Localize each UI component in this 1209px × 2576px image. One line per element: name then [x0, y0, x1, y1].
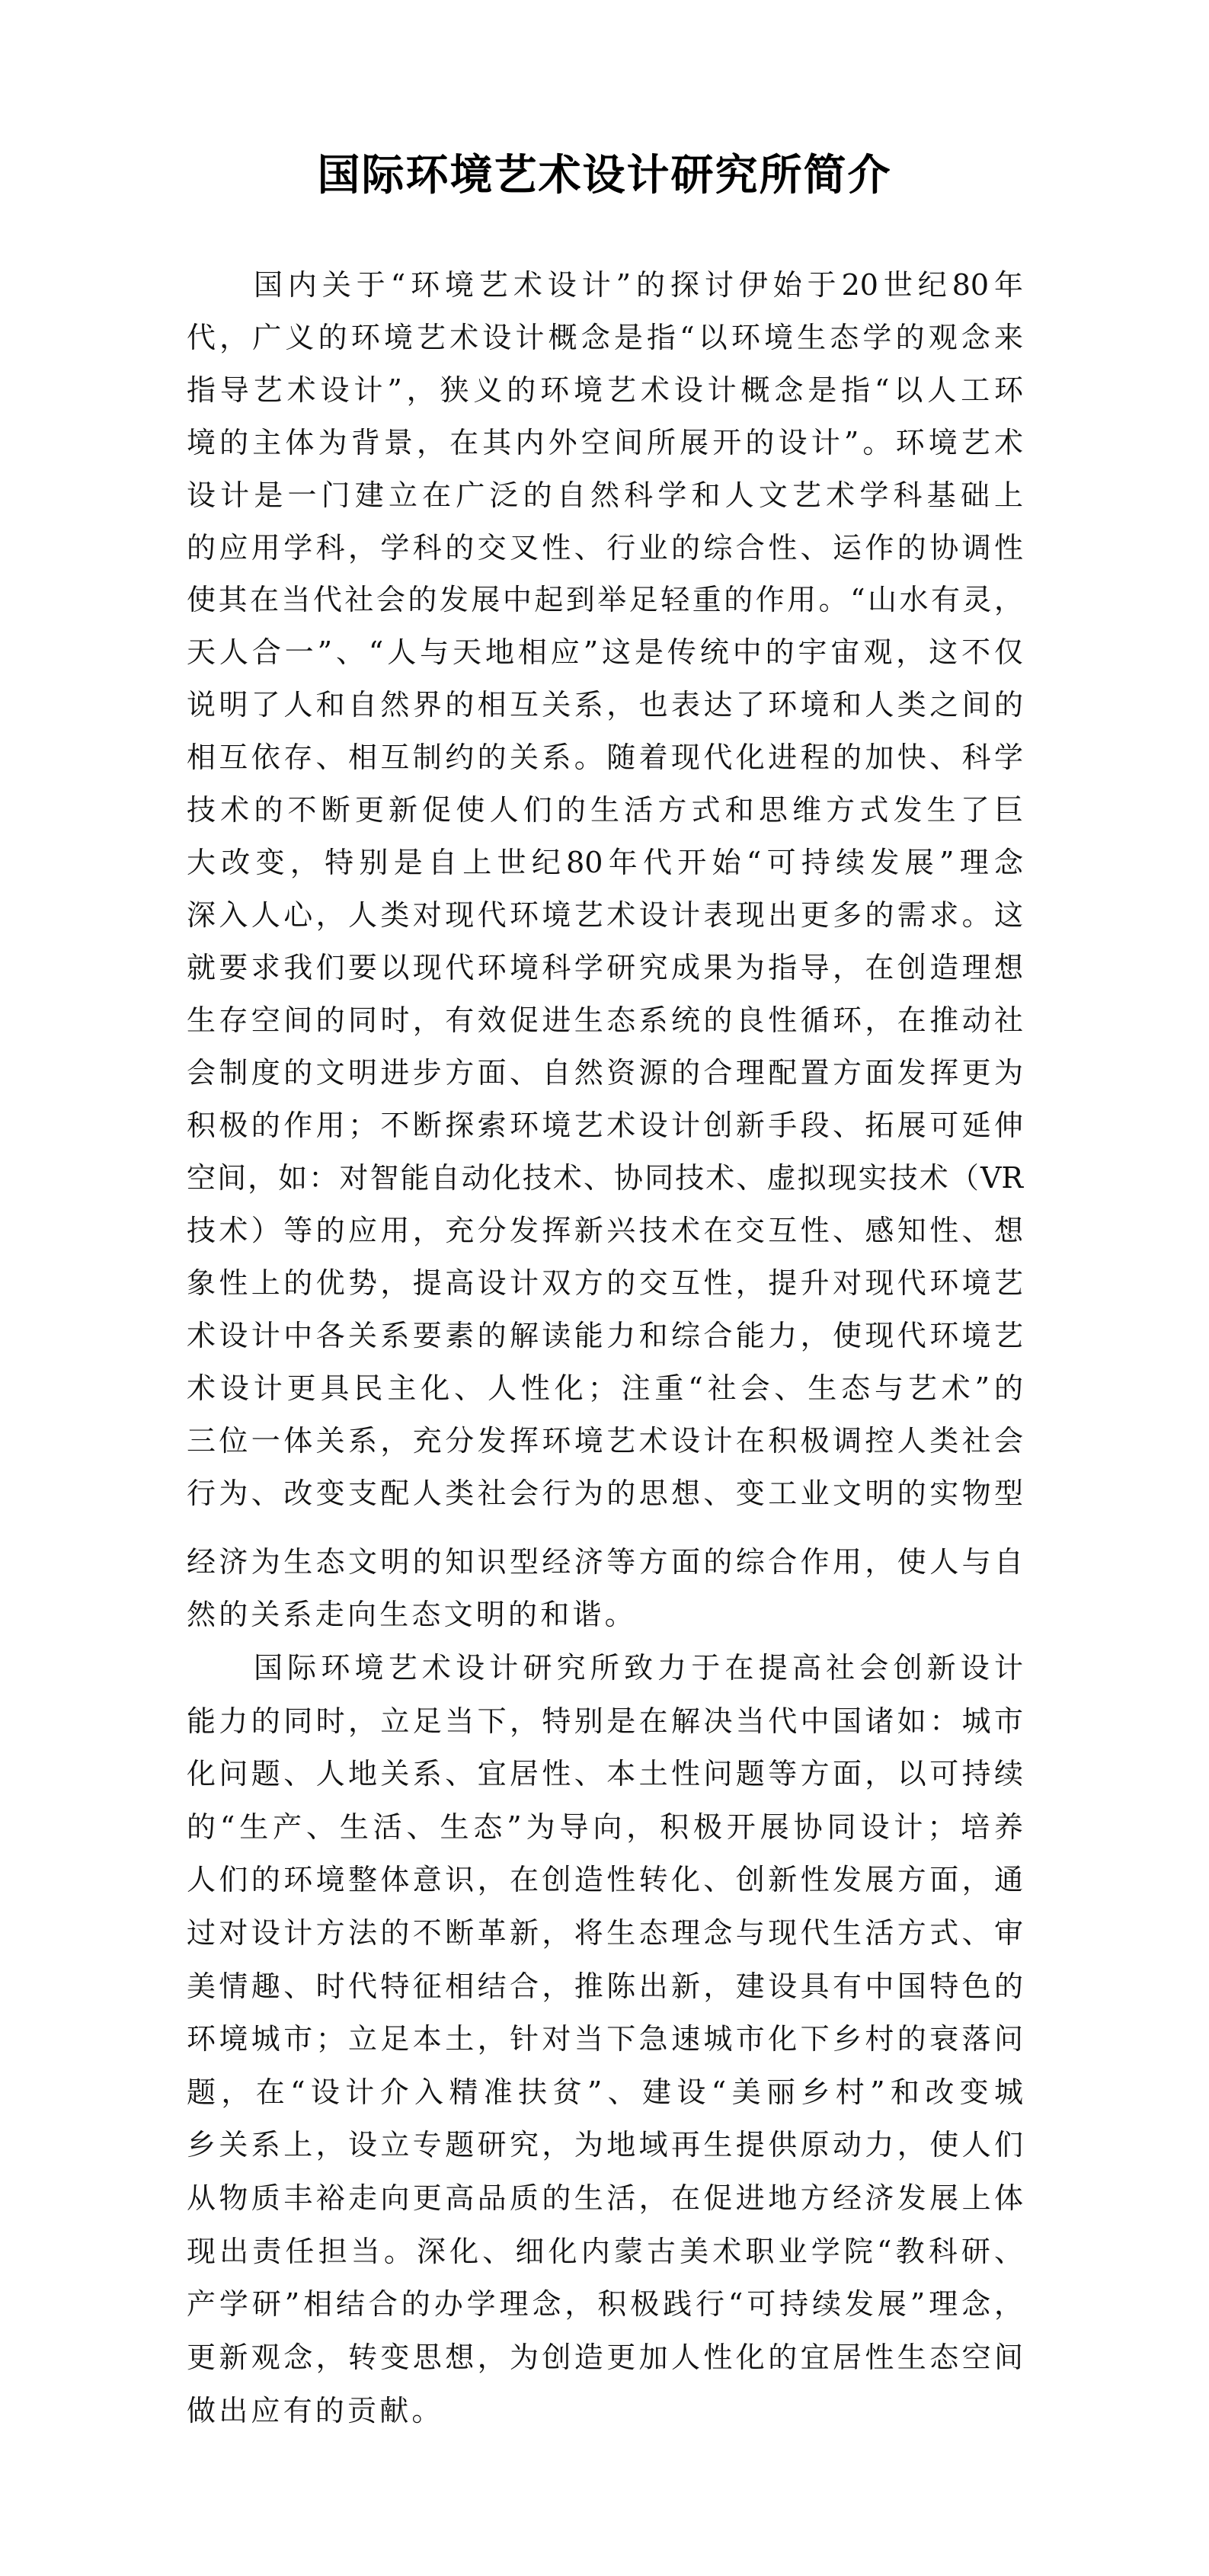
text-line: 做出应有的贡献。 [187, 2391, 1023, 2430]
text-line: 空间，如：对智能自动化技术、协同技术、虚拟现实技术（VR [187, 1158, 1023, 1198]
text-line: 生存空间的同时，有效促进生态系统的良性循环，在推动社 [187, 1000, 1023, 1040]
text-line: 三位一体关系，充分发挥环境艺术设计在积极调控人类社会 [187, 1421, 1023, 1461]
text-line: 大改变，特别是自上世纪80年代开始“可持续发展”理念 [187, 843, 1023, 882]
text-line: 乡关系上，设立专题研究，为地域再生提供原动力，使人们 [187, 2125, 1023, 2165]
text-line: 天人合一”、“人与天地相应”这是传统中的宇宙观，这不仅 [187, 632, 1023, 672]
text-line: 使其在当代社会的发展中起到举足轻重的作用。“山水有灵， [187, 580, 1023, 619]
text-line: 术设计中各关系要素的解读能力和综合能力，使现代环境艺 [187, 1316, 1023, 1355]
text-line: 术设计更具民主化、人性化；注重“社会、生态与艺术”的 [187, 1368, 1023, 1408]
text-line: 能力的同时，立足当下，特别是在解决当代中国诸如：城市 [187, 1701, 1023, 1741]
text-line: 技术）等的应用，充分发挥新兴技术在交互性、感知性、想 [187, 1211, 1023, 1250]
text-line: 就要求我们要以现代环境科学研究成果为指导，在创造理想 [187, 948, 1023, 987]
text-line: 的应用学科，学科的交叉性、行业的综合性、运作的协调性 [187, 528, 1023, 568]
text-line: 美情趣、时代特征相结合，推陈出新，建设具有中国特色的 [187, 1966, 1023, 2006]
document-title: 国际环境艺术设计研究所简介 [0, 149, 1209, 203]
text-line: 更新观念，转变思想，为创造更加人性化的宜居性生态空间 [187, 2338, 1023, 2377]
text-line: 环境城市；立足本土，针对当下急速城市化下乡村的衰落问 [187, 2019, 1023, 2059]
text-line: 国际环境艺术设计研究所致力于在提高社会创新设计 [254, 1648, 1023, 1688]
text-line: 技术的不断更新促使人们的生活方式和思维方式发生了巨 [187, 790, 1023, 830]
document-page: 国际环境艺术设计研究所简介 国内关于“环境艺术设计”的探讨伊始于20世纪80年 … [0, 0, 1209, 2576]
text-line: 过对设计方法的不断革新，将生态理念与现代生活方式、审 [187, 1913, 1023, 1953]
text-line: 会制度的文明进步方面、自然资源的合理配置方面发挥更为 [187, 1053, 1023, 1093]
text-line: 境的主体为背景，在其内外空间所展开的设计”。环境艺术 [187, 423, 1023, 462]
text-line: 积极的作用；不断探索环境艺术设计创新手段、拓展可延伸 [187, 1106, 1023, 1145]
text-line: 行为、改变支配人类社会行为的思想、变工业文明的实物型 [187, 1474, 1023, 1513]
text-line: 现出责任担当。深化、细化内蒙古美术职业学院“教科研、 [187, 2232, 1023, 2271]
text-line: 象性上的优势，提高设计双方的交互性，提升对现代环境艺 [187, 1263, 1023, 1303]
text-line: 指导艺术设计”，狭义的环境艺术设计概念是指“以人工环 [187, 370, 1023, 410]
text-line: 代，广义的环境艺术设计概念是指“以环境生态学的观念来 [187, 318, 1023, 357]
text-line: 相互依存、相互制约的关系。随着现代化进程的加快、科学 [187, 738, 1023, 777]
text-line: 然的关系走向生态文明的和谐。 [187, 1595, 1023, 1634]
text-line: 题，在“设计介入精准扶贫”、建设“美丽乡村”和改变城 [187, 2072, 1023, 2112]
text-line: 的“生产、生活、生态”为导向，积极开展协同设计；培养 [187, 1807, 1023, 1847]
text-line: 产学研”相结合的办学理念，积极践行“可持续发展”理念， [187, 2284, 1023, 2324]
text-line: 说明了人和自然界的相互关系，也表达了环境和人类之间的 [187, 685, 1023, 725]
text-line: 从物质丰裕走向更高品质的生活，在促进地方经济发展上体 [187, 2178, 1023, 2218]
text-line: 经济为生态文明的知识型经济等方面的综合作用，使人与自 [187, 1542, 1023, 1582]
text-line: 人们的环境整体意识，在创造性转化、创新性发展方面，通 [187, 1860, 1023, 1899]
text-line: 化问题、人地关系、宜居性、本土性问题等方面，以可持续 [187, 1754, 1023, 1794]
text-line: 国内关于“环境艺术设计”的探讨伊始于20世纪80年 [254, 265, 1023, 305]
text-line: 深入人心，人类对现代环境艺术设计表现出更多的需求。这 [187, 895, 1023, 935]
text-line: 设计是一门建立在广泛的自然科学和人文艺术学科基础上 [187, 475, 1023, 515]
